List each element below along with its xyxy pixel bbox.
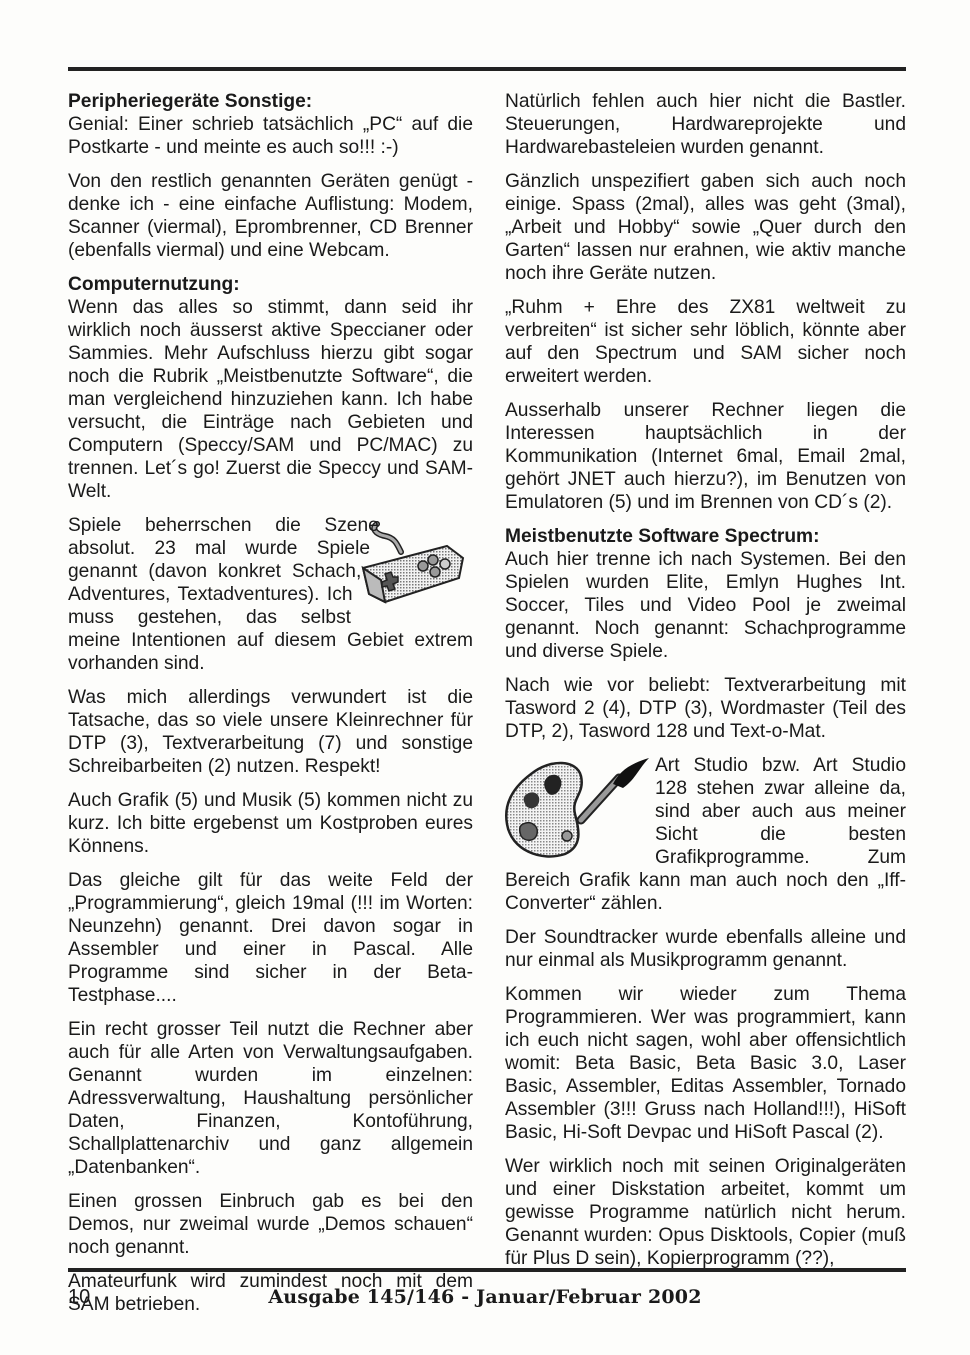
paragraph-text: Auch hier trenne ich nach Systemen. Bei …	[505, 549, 906, 662]
header-rule	[68, 67, 906, 71]
paragraph-text: Wenn das alles so stimmt, dann seid ihr …	[68, 297, 473, 502]
paragraph-text: Genial: Einer schrieb tatsächlich „PC“ a…	[68, 114, 473, 158]
paragraph: Ein recht grosser Teil nutzt die Rechner…	[68, 1018, 473, 1179]
paragraph: Natürlich fehlen auch hier nicht die Bas…	[505, 90, 906, 159]
paragraph: Kommen wir wieder zum Thema Programmiere…	[505, 983, 906, 1144]
paragraph: Auch Grafik (5) und Musik (5) kommen nic…	[68, 789, 473, 858]
footer-rule	[68, 1268, 906, 1272]
paragraph: Das gleiche gilt für das weite Feld der …	[68, 869, 473, 1007]
section-heading-software-spectrum: Meistbenutzte Software Spectrum:	[505, 525, 906, 548]
paint-palette-icon	[501, 754, 651, 864]
paragraph: Einen grossen Einbruch gab es bei den De…	[68, 1190, 473, 1259]
paragraph: Ausserhalb unserer Rechner liegen die In…	[505, 399, 906, 514]
paragraph: „Ruhm + Ehre des ZX81 weltweit zu verbre…	[505, 296, 906, 388]
paragraph: Der Soundtracker wurde ebenfalls alleine…	[505, 926, 906, 972]
paragraph: Meistbenutzte Software Spectrum: Auch hi…	[505, 525, 906, 663]
paragraph: Nach wie vor beliebt: Textverarbeitung m…	[505, 674, 906, 743]
paragraph: Gänzlich unspezifiert gaben sich auch no…	[505, 170, 906, 285]
left-column: Peripheriegeräte Sonstige: Genial: Einer…	[68, 90, 473, 1327]
right-column: Natürlich fehlen auch hier nicht die Bas…	[505, 90, 906, 1281]
paragraph: Computernutzung: Wenn das alles so stimm…	[68, 273, 473, 503]
section-heading-peripherie: Peripheriegeräte Sonstige:	[68, 90, 473, 113]
paragraph: Wer wirklich noch mit seinen Originalger…	[505, 1155, 906, 1270]
paragraph: Art Studio bzw. Art Studio 128 stehen zw…	[505, 754, 906, 915]
section-heading-computernutzung: Computernutzung:	[68, 273, 473, 296]
issue-title: Ausgabe 145/146 - Januar/Februar 2002	[0, 1286, 970, 1308]
paragraph: Peripheriegeräte Sonstige: Genial: Einer…	[68, 90, 473, 159]
paragraph: Von den restlich genannten Geräten genüg…	[68, 170, 473, 262]
paragraph: Was mich allerdings verwundert ist die T…	[68, 686, 473, 778]
paragraph: Spiele beherrschen die Szene absolut. 23…	[68, 514, 473, 675]
